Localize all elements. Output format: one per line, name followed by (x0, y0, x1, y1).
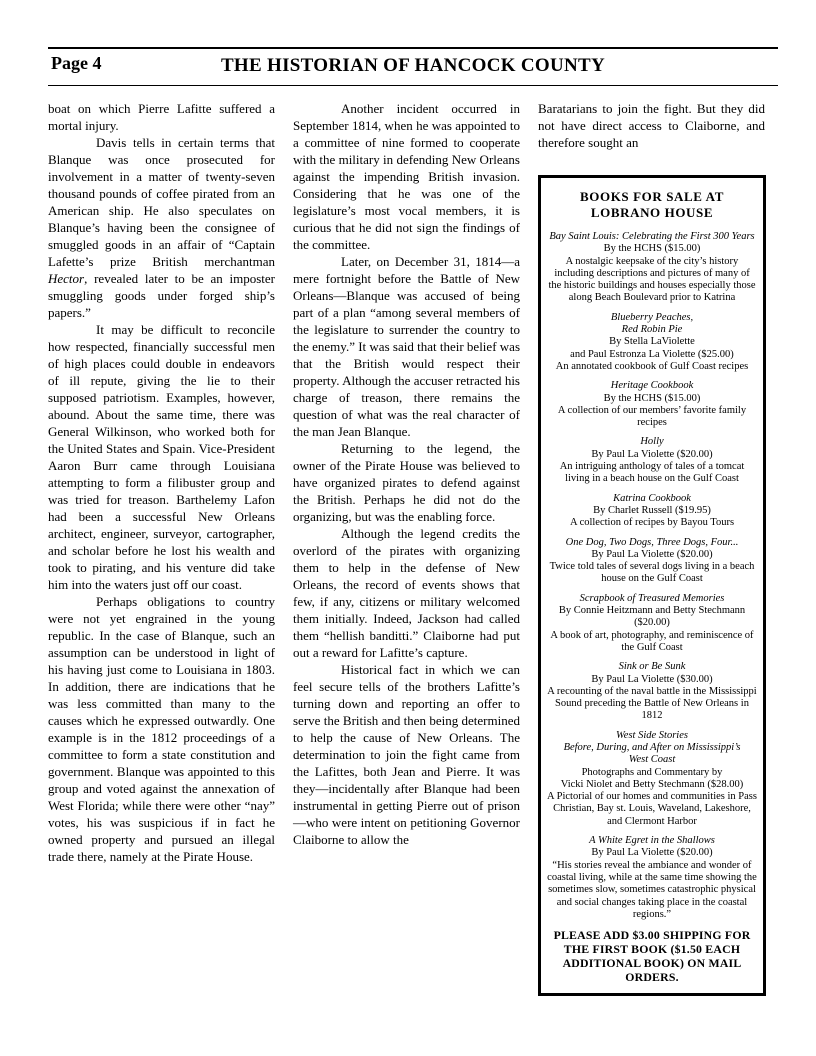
book-author-price: By Paul La Violette ($30.00) (547, 674, 757, 686)
book-description: An annotated cookbook of Gulf Coast reci… (547, 361, 757, 373)
book-listing: Katrina Cookbook By Charlet Russell ($19… (547, 493, 757, 530)
paragraph: Another incident occurred in September 1… (293, 100, 520, 253)
book-listing: West Side Stories Before, During, and Af… (547, 730, 757, 828)
book-title: Bay Saint Louis: Celebrating the First 3… (547, 231, 757, 243)
paragraph: Although the legend credits the overlord… (293, 525, 520, 661)
book-title: One Dog, Two Dogs, Three Dogs, Four... (547, 537, 757, 549)
book-author-price: By the HCHS ($15.00) (547, 393, 757, 405)
book-author-price: By Connie Heitzmann and Betty Stechmann … (547, 605, 757, 630)
paragraph: boat on which Pierre Lafitte suffered a … (48, 100, 275, 134)
book-title: Holly (547, 436, 757, 448)
book-description: A book of art, photography, and reminisc… (547, 630, 757, 655)
book-listing: Holly By Paul La Violette ($20.00) An in… (547, 436, 757, 485)
book-title: West Side Stories Before, During, and Af… (547, 730, 757, 767)
book-listing: Heritage Cookbook By the HCHS ($15.00) A… (547, 380, 757, 429)
book-description: Twice told tales of several dogs living … (547, 561, 757, 586)
book-description: A collection of our members’ favorite fa… (547, 405, 757, 430)
paragraph: Davis tells in certain terms that Blanqu… (48, 134, 275, 321)
newsletter-page: Page 4 THE HISTORIAN OF HANCOCK COUNTY b… (0, 0, 816, 1056)
header-bottom-rule (48, 85, 778, 86)
book-description: A collection of recipes by Bayou Tours (547, 517, 757, 529)
book-description: A recounting of the naval battle in the … (547, 686, 757, 723)
book-author-price: By Paul La Violette ($20.00) (547, 847, 757, 859)
book-listing: Sink or Be Sunk By Paul La Violette ($30… (547, 661, 757, 722)
book-title: Katrina Cookbook (547, 493, 757, 505)
page-title: THE HISTORIAN OF HANCOCK COUNTY (48, 55, 778, 77)
text-column-1: boat on which Pierre Lafitte suffered a … (48, 100, 275, 865)
text-column-3: Baratarians to join the fight. But they … (538, 100, 765, 151)
books-for-sale-box: BOOKS FOR SALE AT LOBRANO HOUSE Bay Sain… (538, 175, 766, 996)
book-author-price: By Paul La Violette ($20.00) (547, 449, 757, 461)
paragraph: Perhaps obligations to country were not … (48, 593, 275, 865)
book-description: “His stories reveal the ambiance and won… (547, 860, 757, 921)
book-title: Sink or Be Sunk (547, 661, 757, 673)
book-author-price: By the HCHS ($15.00) (547, 243, 757, 255)
book-listing: Blueberry Peaches, Red Robin Pie By Stel… (547, 312, 757, 373)
book-title: A White Egret in the Shallows (547, 835, 757, 847)
books-box-title: BOOKS FOR SALE AT LOBRANO HOUSE (547, 189, 757, 220)
paragraph: Returning to the legend, the owner of th… (293, 440, 520, 525)
book-author-price: By Stella LaViolette and Paul Estronza L… (547, 336, 757, 361)
book-description: A Pictorial of our homes and communities… (547, 791, 757, 828)
paragraph-text: Davis tells in certain terms that Blanqu… (48, 135, 275, 269)
book-name-inline: Hector (48, 271, 84, 286)
shipping-note: PLEASE ADD $3.00 SHIPPING FOR THE FIRST … (547, 928, 757, 984)
header-top-rule (48, 47, 778, 49)
book-title: Scrapbook of Treasured Memories (547, 593, 757, 605)
paragraph: Later, on December 31, 1814—a mere fortn… (293, 253, 520, 440)
book-listing: A White Egret in the Shallows By Paul La… (547, 835, 757, 921)
book-listing: Scrapbook of Treasured Memories By Conni… (547, 593, 757, 654)
book-author-price: Photographs and Commentary by Vicki Niol… (547, 767, 757, 792)
book-description: A nostalgic keepsake of the city’s histo… (547, 256, 757, 305)
book-title: Blueberry Peaches, Red Robin Pie (547, 312, 757, 337)
paragraph: Baratarians to join the fight. But they … (538, 100, 765, 151)
book-author-price: By Paul La Violette ($20.00) (547, 549, 757, 561)
paragraph: It may be difficult to reconcile how res… (48, 321, 275, 593)
book-title: Heritage Cookbook (547, 380, 757, 392)
book-author-price: By Charlet Russell ($19.95) (547, 505, 757, 517)
book-listing: Bay Saint Louis: Celebrating the First 3… (547, 231, 757, 305)
paragraph: Historical fact in which we can feel sec… (293, 661, 520, 848)
book-listing: One Dog, Two Dogs, Three Dogs, Four... B… (547, 537, 757, 586)
text-column-2: Another incident occurred in September 1… (293, 100, 520, 848)
book-description: An intriguing anthology of tales of a to… (547, 461, 757, 486)
